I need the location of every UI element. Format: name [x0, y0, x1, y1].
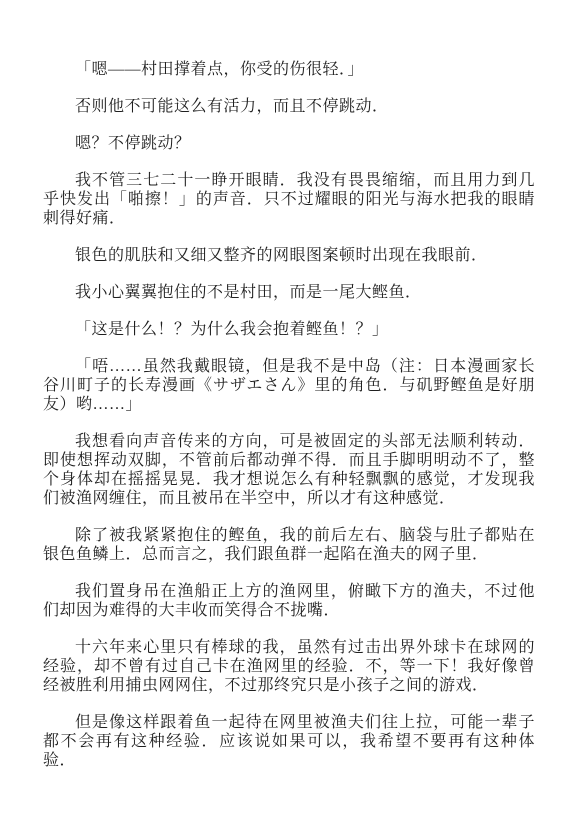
paragraph: 我们置身吊在渔船正上方的渔网里，俯瞰下方的渔夫，不过他们却因为难得的大丰收而笑得…: [43, 582, 535, 620]
paragraph: 我不管三七二十一睁开眼睛．我没有畏畏缩缩，而且用力到几乎快发出「啪擦！」的声音．…: [43, 171, 535, 228]
paragraph: 除了被我紧紧抱住的鲣鱼，我的前后左右、脑袋与肚子都贴在银色鱼鳞上．总而言之，我们…: [43, 526, 535, 564]
paragraph: 「这是什么！？为什么我会抱着鲣鱼！？」: [43, 320, 535, 339]
novel-page-text: 「嗯——村田撑着点，你受的伤很轻．」 否则他不可能这么有活力，而且不停跳动． 嗯…: [43, 60, 535, 788]
paragraph: 嗯？不停跳动？: [43, 134, 535, 153]
paragraph: 「唔……虽然我戴眼镜，但是我不是中岛（注：日本漫画家长谷川町子的长寿漫画《サザエ…: [43, 357, 535, 414]
paragraph: 我小心翼翼抱住的不是村田，而是一尾大鲣鱼．: [43, 283, 535, 302]
paragraph: 「嗯——村田撑着点，你受的伤很轻．」: [43, 60, 535, 79]
paragraph: 但是像这样跟着鱼一起待在网里被渔夫们往上拉，可能一辈子都不会再有这种经验．应该说…: [43, 713, 535, 770]
paragraph: 十六年来心里只有棒球的我，虽然有过击出界外球卡在球网的经验，却不曾有过自己卡在渔…: [43, 638, 535, 695]
paragraph: 否则他不可能这么有活力，而且不停跳动．: [43, 97, 535, 116]
paragraph: 我想看向声音传来的方向，可是被固定的头部无法顺利转动．即使想挥动双脚，不管前后都…: [43, 432, 535, 508]
paragraph: 银色的肌肤和又细又整齐的网眼图案顿时出现在我眼前．: [43, 246, 535, 265]
